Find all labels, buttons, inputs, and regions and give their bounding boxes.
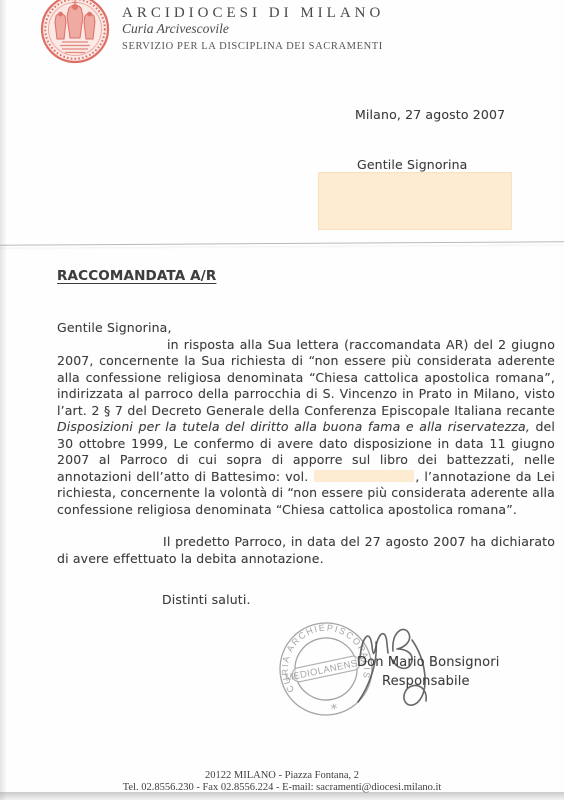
closing-salutation: Distinti saluti. [162, 592, 251, 607]
paper-fold-line [0, 241, 564, 248]
letterhead-organization: ARCIDIOCESI DI MILANO [122, 5, 384, 22]
body-paragraph-2: Il predetto Parroco, in data del 27 agos… [57, 534, 555, 567]
letterhead-department: Curia Arcivescovile [122, 21, 229, 37]
scanned-letter-page: ARCIDIOCESI DI MILANO Curia Arcivescovil… [0, 0, 564, 800]
recipient-salutation: Gentile Signorina [357, 157, 467, 172]
body-paragraph-1: in risposta alla Sua lettera (raccomanda… [57, 337, 555, 519]
scan-left-edge-shadow [0, 0, 7, 800]
subject-line: RACCOMANDATA A/R [57, 268, 216, 284]
archdiocese-red-seal-icon [36, 0, 114, 68]
para1-italic-citation: Disposizioni per la tutela del diritto a… [57, 419, 530, 434]
letter-body: Gentile Signorina, in risposta alla Sua … [57, 320, 555, 567]
dateline: Milano, 27 agosto 2007 [355, 107, 505, 122]
footer-address: 20122 MILANO - Piazza Fontana, 2 [0, 770, 564, 781]
body-salutation: Gentile Signorina, [57, 320, 555, 337]
para1-lead-text: in risposta alla Sua lettera (raccomanda… [57, 337, 555, 418]
signer-name: Don Mario Bonsignori [357, 655, 499, 670]
signer-role: Responsabile [382, 674, 470, 689]
redacted-volume-number-box [314, 470, 414, 482]
scan-bottom-edge-shadow [0, 792, 564, 800]
letterhead-office: SERVIZIO PER LA DISCIPLINA DEI SACRAMENT… [122, 41, 383, 52]
redacted-recipient-address-box [318, 172, 512, 230]
